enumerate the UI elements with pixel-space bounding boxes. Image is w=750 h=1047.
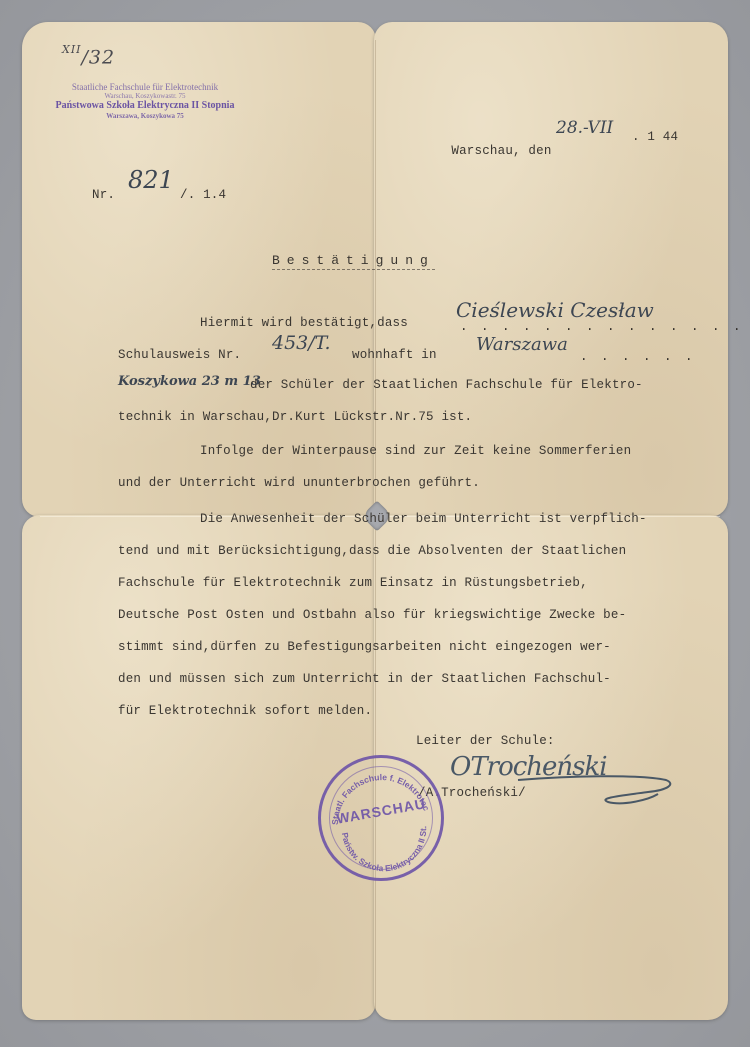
reference-number: 821: [128, 166, 174, 194]
reference-suffix: /. 1.4: [180, 188, 226, 202]
header-school-stamp: Staatliche Fachschule für Elektrotechnik…: [40, 82, 250, 120]
header-stamp-line-2: Warschau, Koszykowastr. 75: [40, 92, 250, 100]
svg-text:Państw. Szkoła Elektryczna II: Państw. Szkoła Elektryczna II St.: [340, 826, 428, 873]
person-name: Cieślewski Czesław: [456, 298, 654, 322]
para2-line-1: Infolge der Winterpause sind zur Zeit ke…: [200, 444, 631, 458]
body-line-4: technik in Warschau,Dr.Kurt Lückstr.Nr.7…: [118, 410, 472, 424]
student-id: 453/T.: [272, 332, 331, 354]
dotted-fill-2: . . . . . .: [580, 350, 696, 364]
archive-mark-number: /32: [82, 46, 116, 68]
document-title: Bestätigung: [272, 253, 435, 270]
body-line-3: der Schüler der Staatlichen Fachschule f…: [250, 378, 643, 392]
archive-mark-roman: XII: [62, 43, 82, 56]
signature-flourish: [448, 750, 678, 820]
para3-line-1: Die Anwesenheit der Schüler beim Unterri…: [200, 512, 647, 526]
para3-line-6: den und müssen sich zum Unterricht in de…: [118, 672, 611, 686]
round-stamp-bottom-text: Państw. Szkoła Elektryczna II St.: [340, 826, 428, 873]
archive-mark: XII/32: [62, 46, 115, 68]
address: Koszykowa 23 m 13: [118, 374, 261, 389]
place-date-prefix: Warschau, den: [451, 144, 551, 158]
para2-line-2: und der Unterricht wird ununterbrochen g…: [118, 476, 480, 490]
city: Warszawa: [476, 334, 568, 355]
dotted-fill-1: . . . . . . . . . . . . . . . .: [460, 320, 750, 334]
closing-role: Leiter der Schule:: [416, 734, 555, 748]
para3-line-3: Fachschule für Elektrotechnik zum Einsat…: [118, 576, 588, 590]
body-line-2a: Schulausweis Nr.: [118, 348, 241, 362]
para3-line-7: für Elektrotechnik sofort melden.: [118, 704, 372, 718]
para3-line-4: Deutsche Post Osten und Ostbahn also für…: [118, 608, 626, 622]
header-stamp-line-1: Staatliche Fachschule für Elektrotechnik: [40, 82, 250, 92]
header-stamp-line-3: Państwowa Szkoła Elektryczna II Stopnia: [40, 100, 250, 112]
body-line-1: Hiermit wird bestätigt,dass: [200, 316, 408, 330]
place-date: Warschau, den: [436, 130, 552, 158]
date-day-month: 28.-VII: [556, 118, 613, 138]
body-line-2b: wohnhaft in: [352, 348, 437, 362]
date-year: . 1 44: [632, 130, 678, 144]
round-school-stamp: Staatl. Fachschule f. Elektrotechnik Pań…: [318, 755, 444, 881]
para3-line-2: tend und mit Berücksichtigung,dass die A…: [118, 544, 626, 558]
reference-prefix: Nr.: [92, 188, 115, 202]
header-stamp-line-4: Warszawa, Koszykowa 75: [40, 112, 250, 120]
para3-line-5: stimmt sind,dürfen zu Befestigungsarbeit…: [118, 640, 611, 654]
